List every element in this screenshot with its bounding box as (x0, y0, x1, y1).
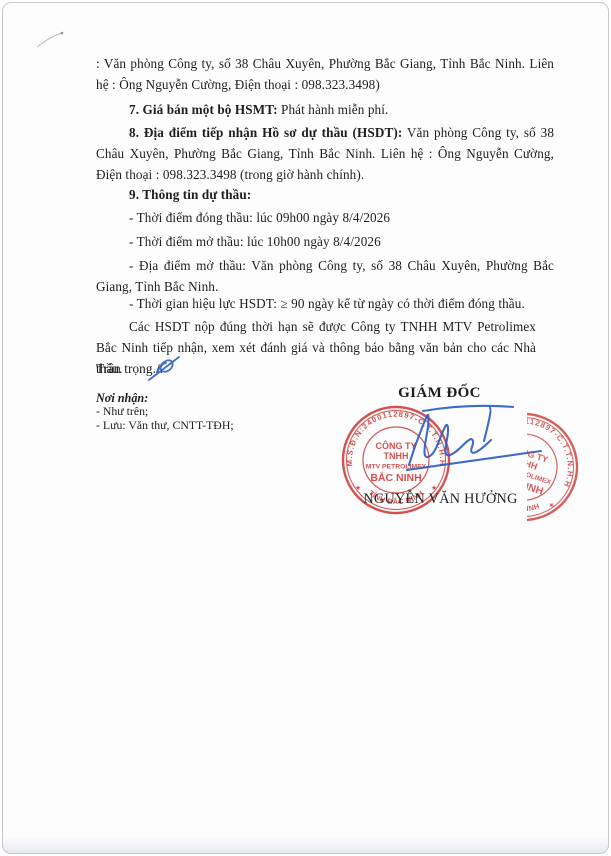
scanned-document-page: : Văn phòng Công ty, số 38 Châu Xuyên, P… (2, 2, 609, 854)
bullet-text: - Thời điểm mở thầu: lúc 10h00 ngày 8/4/… (129, 234, 381, 249)
recipients-block: Nơi nhận: - Như trên; - Lưu: Văn thư, CN… (96, 391, 336, 432)
paraph-initial-ink (145, 351, 189, 383)
continuation-paragraph: : Văn phòng Công ty, số 38 Châu Xuyên, P… (96, 53, 554, 95)
item-8-paragraph: 8. Địa điểm tiếp nhận Hồ sơ dự thầu (HSD… (96, 122, 554, 185)
item-9-heading: 9. Thông tin dự thầu: (96, 184, 554, 205)
continuation-text: : Văn phòng Công ty, số 38 Châu Xuyên, P… (96, 56, 554, 92)
recipients-title: Nơi nhận: (96, 391, 336, 405)
bullet-text: - Thời điểm đóng thầu: lúc 09h00 ngày 8/… (129, 210, 390, 225)
bullet-opening-time: - Thời điểm mở thầu: lúc 10h00 ngày 8/4/… (96, 231, 554, 252)
item-8-label: 8. Địa điểm tiếp nhận Hồ sơ dự thầu (HSD… (129, 125, 402, 140)
bullet-closing-time: - Thời điểm đóng thầu: lúc 09h00 ngày 8/… (96, 207, 554, 228)
item-7-text: Phát hành miễn phí. (278, 102, 389, 117)
stamp-star-right-icon: ★ (547, 501, 555, 511)
item-7-paragraph: 7. Giá bán một bộ HSMT: Phát hành miễn p… (96, 99, 554, 120)
pencil-mark-artifact (31, 25, 73, 53)
recipient-item: - Như trên; (96, 405, 336, 419)
company-seal-stamp-partial: M.S.Đ.N:2400112897-C.T.T.N.H.H TỈNH BẮC … (527, 403, 595, 533)
item-7-label: 7. Giá bán một bộ HSMT: (129, 102, 278, 117)
bullet-text: - Địa điểm mở thầu: Văn phòng Công ty, s… (96, 258, 554, 294)
item-9-label: 9. Thông tin dự thầu: (129, 187, 251, 202)
signer-name: NGUYỄN VĂN HƯỞNG (353, 491, 528, 508)
recipient-item: - Lưu: Văn thư, CNTT-TĐH; (96, 419, 336, 433)
bullet-validity: - Thời gian hiệu lực HSDT: ≥ 90 ngày kể … (96, 293, 554, 314)
bullet-opening-place: - Địa điểm mở thầu: Văn phòng Công ty, s… (96, 255, 554, 297)
bullet-text: - Thời gian hiệu lực HSDT: ≥ 90 ngày kể … (129, 296, 525, 311)
edge-stamp-fragment: M.S.Đ.N:2400112897-C.T.T.N.H.H TỈNH BẮC … (527, 403, 605, 533)
